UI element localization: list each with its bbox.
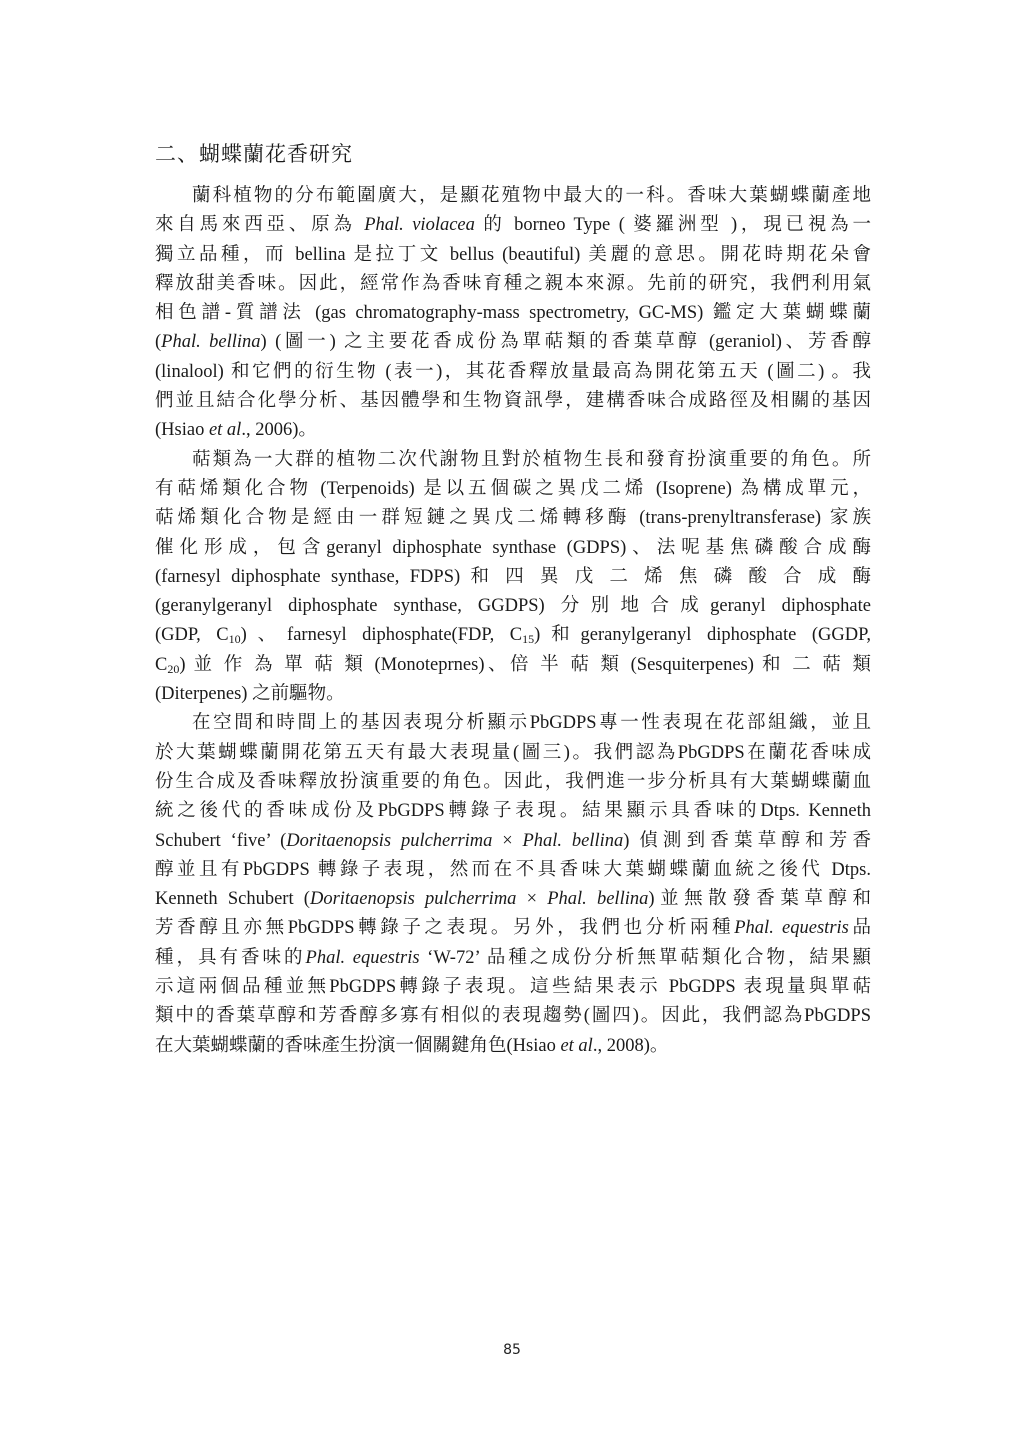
text-line: (farnesyl diphosphate synthase, FDPS) 和 … xyxy=(155,563,871,592)
text-line: (Diterpenes) 之前驅物。 xyxy=(155,680,871,709)
text-line: (Hsiao et al., 2006)。 xyxy=(155,416,871,445)
page-number: 85 xyxy=(0,1342,1024,1358)
italic-term: Phal. bellina xyxy=(547,889,648,909)
subscript: 20 xyxy=(167,662,179,676)
italic-term: Phal. bellina xyxy=(161,332,260,352)
text-line: 於大葉蝴蝶蘭開花第五天有最大表現量(圖三)。我們認為PbGDPS在蘭花香味成 xyxy=(155,739,871,768)
subscript: 10 xyxy=(229,632,241,646)
text-line: (geranylgeranyl diphosphate synthase, GG… xyxy=(155,592,871,621)
paragraph: 萜類為一大群的植物二次代謝物且對於植物生長和發育扮演重要的角色。所有萜烯類化合物… xyxy=(155,446,871,710)
section-title: 二、蝴蝶蘭花香研究 xyxy=(155,138,871,170)
text-line: 在大葉蝴蝶蘭的香味產生扮演一個關鍵角色(Hsiao et al., 2008)。 xyxy=(155,1032,871,1061)
subscript: 15 xyxy=(522,632,534,646)
text-line: (linalool) 和它們的衍生物 (表一)，其花香釋放量最高為開花第五天 (… xyxy=(155,358,871,387)
text-line: 示這兩個品種並無PbGDPS轉錄子表現。這些結果表示 PbGDPS 表現量與單萜 xyxy=(155,973,871,1002)
text-line: 統之後代的香味成份及PbGDPS轉錄子表現。結果顯示具香味的Dtps. Kenn… xyxy=(155,797,871,826)
text-line: 蘭科植物的分布範圍廣大，是顯花殖物中最大的一科。香味大葉蝴蝶蘭產地 xyxy=(155,182,871,211)
italic-term: Phal. bellina xyxy=(522,831,623,851)
text-line: 們並且結合化學分析、基因體學和生物資訊學，建構香味合成路徑及相關的基因 xyxy=(155,387,871,416)
italic-term: Phal. equestris xyxy=(734,918,849,938)
text-line: Schubert ‘five’ (Doritaenopsis pulcherri… xyxy=(155,827,871,856)
document-page: 二、蝴蝶蘭花香研究 蘭科植物的分布範圍廣大，是顯花殖物中最大的一科。香味大葉蝴蝶… xyxy=(155,138,871,1061)
italic-term: et al xyxy=(209,420,241,440)
text-line: 種，具有香味的Phal. equestris ‘W-72’ 品種之成份分析無單萜… xyxy=(155,944,871,973)
text-line: 來自馬來西亞、原為 Phal. violacea 的 borneo Type (… xyxy=(155,211,871,240)
text-line: 獨立品種，而 bellina 是拉丁文 bellus (beautiful) 美… xyxy=(155,241,871,270)
italic-term: et al xyxy=(560,1036,592,1056)
text-line: 萜烯類化合物是經由一群短鏈之異戊二烯轉移酶 (trans-prenyltrans… xyxy=(155,504,871,533)
italic-term: Phal. equestris xyxy=(306,948,420,968)
text-line: 相色譜-質譜法 (gas chromatography-mass spectro… xyxy=(155,299,871,328)
italic-term: Phal. violacea xyxy=(364,215,475,235)
text-line: 萜類為一大群的植物二次代謝物且對於植物生長和發育扮演重要的角色。所 xyxy=(155,446,871,475)
italic-term: Doritaenopsis pulcherrima xyxy=(310,889,516,909)
text-line: 芳香醇且亦無PbGDPS轉錄子之表現。另外，我們也分析兩種Phal. eques… xyxy=(155,914,871,943)
text-line: (Phal. bellina) (圖一) 之主要花香成份為單萜類的香葉草醇 (g… xyxy=(155,328,871,357)
text-line: 釋放甜美香味。因此，經常作為香味育種之親本來源。先前的研究，我們利用氣 xyxy=(155,270,871,299)
text-line: 份生合成及香味釋放扮演重要的角色。因此，我們進一步分析具有大葉蝴蝶蘭血 xyxy=(155,768,871,797)
text-line: 類中的香葉草醇和芳香醇多寡有相似的表現趨勢(圖四)。因此，我們認為PbGDPS xyxy=(155,1002,871,1031)
text-line: 有萜烯類化合物 (Terpenoids) 是以五個碳之異戊二烯 (Isopren… xyxy=(155,475,871,504)
text-line: 在空間和時間上的基因表現分析顯示PbGDPS專一性表現在花部組織，並且 xyxy=(155,709,871,738)
text-line: C20) 並 作 為 單 萜 類 (Monoteprnes)、倍 半 萜 類 (… xyxy=(155,651,871,680)
italic-term: Doritaenopsis pulcherrima xyxy=(286,831,492,851)
paragraph: 在空間和時間上的基因表現分析顯示PbGDPS專一性表現在花部組織，並且於大葉蝴蝶… xyxy=(155,709,871,1061)
text-line: 醇並且有PbGDPS 轉錄子表現，然而在不具香味大葉蝴蝶蘭血統之後代 Dtps. xyxy=(155,856,871,885)
paragraph: 蘭科植物的分布範圍廣大，是顯花殖物中最大的一科。香味大葉蝴蝶蘭產地來自馬來西亞、… xyxy=(155,182,871,446)
text-line: Kenneth Schubert (Doritaenopsis pulcherr… xyxy=(155,885,871,914)
text-line: 催化形成，包含geranyl diphosphate synthase (GDP… xyxy=(155,534,871,563)
document-body: 蘭科植物的分布範圍廣大，是顯花殖物中最大的一科。香味大葉蝴蝶蘭產地來自馬來西亞、… xyxy=(155,182,871,1061)
text-line: (GDP, C10)、farnesyl diphosphate(FDP, C15… xyxy=(155,621,871,650)
